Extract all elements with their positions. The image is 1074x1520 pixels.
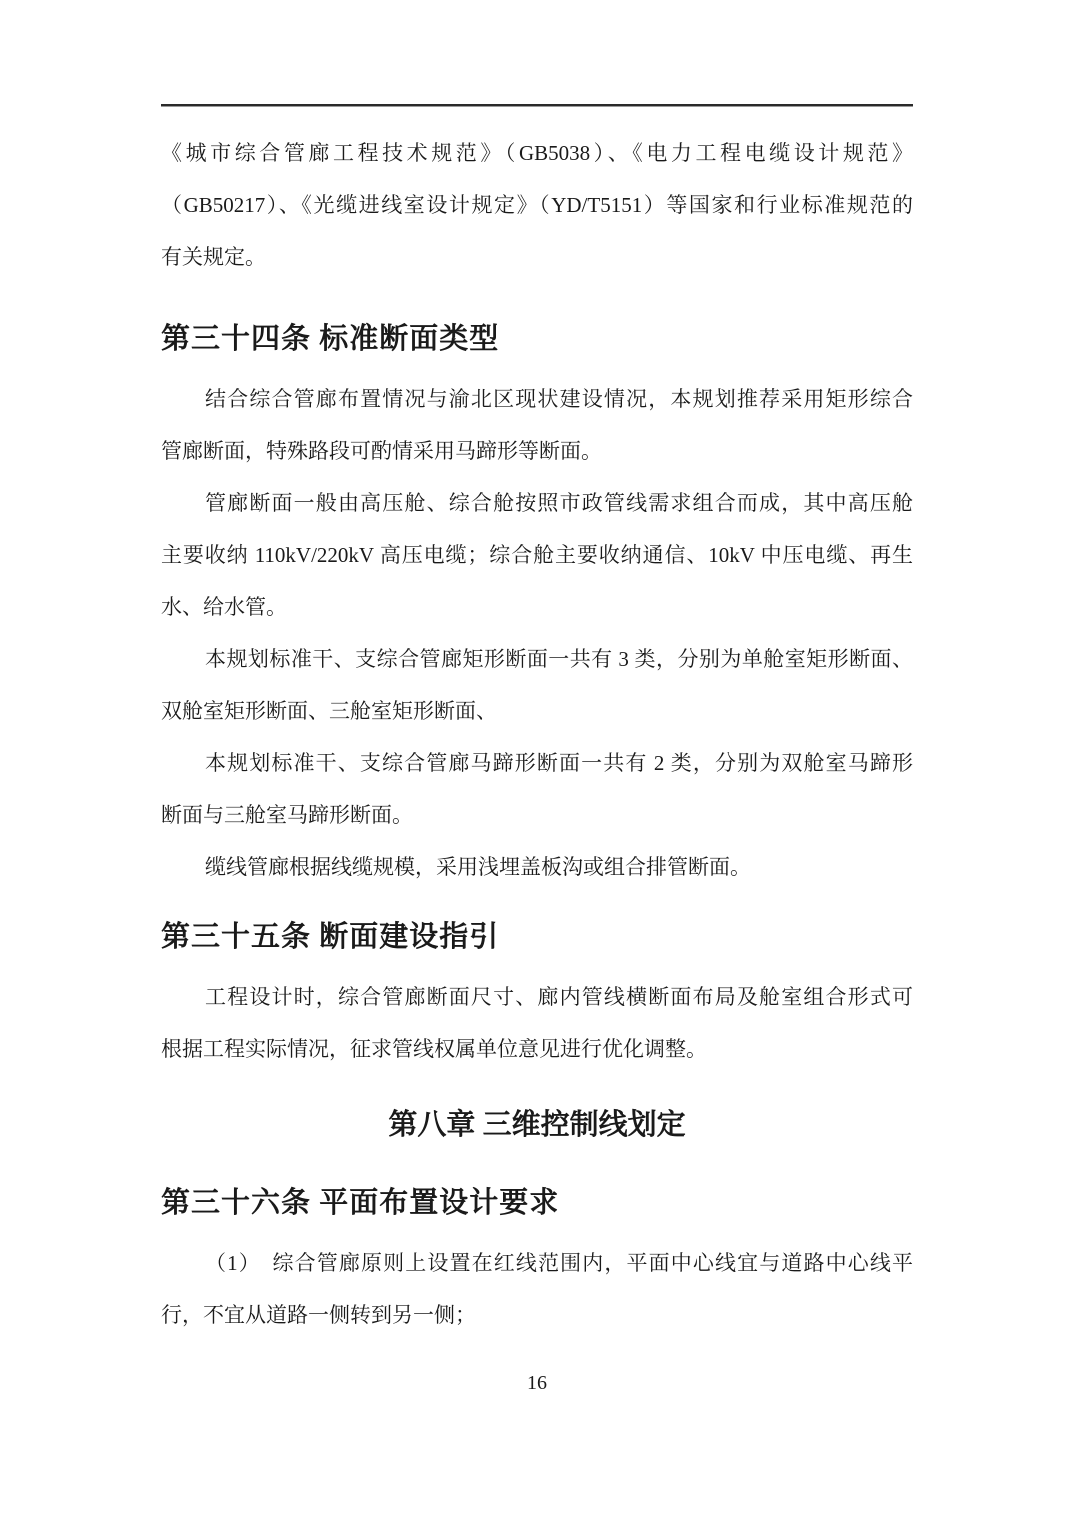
heading-article-35: 第三十五条 断面建设指引 bbox=[161, 917, 913, 957]
text-line: 管廊断面，特殊路段可酌情采用马蹄形等断面。 bbox=[161, 425, 913, 477]
text-line: 管廊断面一般由高压舱、综合舱按照市政管线需求组合而成，其中高压舱 bbox=[161, 477, 913, 529]
heading-article-34: 第三十四条 标准断面类型 bbox=[161, 319, 913, 359]
document-page: 《城市综合管廊工程技术规范》（GB5038）、《电力工程电缆设计规范》 （GB5… bbox=[0, 0, 1074, 1520]
text-line: 结合综合管廊布置情况与渝北区现状建设情况，本规划推荐采用矩形综合 bbox=[161, 373, 913, 425]
paragraph-design-guide: 工程设计时，综合管廊断面尺寸、廊内管线横断面布局及舱室组合形式可 根据工程实际情… bbox=[161, 971, 913, 1075]
text-line: 断面与三舱室马蹄形断面。 bbox=[161, 789, 913, 841]
paragraph-cabin-composition: 管廊断面一般由高压舱、综合舱按照市政管线需求组合而成，其中高压舱 主要收纳 11… bbox=[161, 477, 913, 633]
text-line: 工程设计时，综合管廊断面尺寸、廊内管线横断面布局及舱室组合形式可 bbox=[161, 971, 913, 1023]
paragraph-horseshoe-sections: 本规划标准干、支综合管廊马蹄形断面一共有 2 类，分别为双舱室马蹄形 断面与三舱… bbox=[161, 737, 913, 841]
text-line: 本规划标准干、支综合管廊马蹄形断面一共有 2 类，分别为双舱室马蹄形 bbox=[161, 737, 913, 789]
text-line: 根据工程实际情况，征求管线权属单位意见进行优化调整。 bbox=[161, 1023, 913, 1075]
text-line: 主要收纳 110kV/220kV 高压电缆；综合舱主要收纳通信、10kV 中压电… bbox=[161, 529, 913, 581]
text-line: 《城市综合管廊工程技术规范》（GB5038）、《电力工程电缆设计规范》 bbox=[161, 127, 913, 179]
text-line: （GB50217）、《光缆进线室设计规定》（YD/T5151）等国家和行业标准规… bbox=[161, 179, 913, 231]
paragraph-section-types: 结合综合管廊布置情况与渝北区现状建设情况，本规划推荐采用矩形综合 管廊断面，特殊… bbox=[161, 373, 913, 477]
text-line: 缆线管廊根据线缆规模，采用浅埋盖板沟或组合排管断面。 bbox=[161, 841, 913, 893]
paragraph-standards-intro: 《城市综合管廊工程技术规范》（GB5038）、《电力工程电缆设计规范》 （GB5… bbox=[161, 127, 913, 283]
paragraph-cable-trench: 缆线管廊根据线缆规模，采用浅埋盖板沟或组合排管断面。 bbox=[161, 841, 913, 893]
paragraph-plane-layout: （1） 综合管廊原则上设置在红线范围内，平面中心线宜与道路中心线平 行，不宜从道… bbox=[161, 1237, 913, 1341]
heading-chapter-8: 第八章 三维控制线划定 bbox=[161, 1103, 913, 1147]
text-line: 有关规定。 bbox=[161, 231, 913, 283]
header-rule bbox=[161, 104, 913, 107]
paragraph-rect-sections: 本规划标准干、支综合管廊矩形断面一共有 3 类，分别为单舱室矩形断面、 双舱室矩… bbox=[161, 633, 913, 737]
text-line: 双舱室矩形断面、三舱室矩形断面、 bbox=[161, 685, 913, 737]
heading-article-36: 第三十六条 平面布置设计要求 bbox=[161, 1183, 913, 1223]
text-line: 本规划标准干、支综合管廊矩形断面一共有 3 类，分别为单舱室矩形断面、 bbox=[161, 633, 913, 685]
text-line: （1） 综合管廊原则上设置在红线范围内，平面中心线宜与道路中心线平 bbox=[161, 1237, 913, 1289]
text-line: 水、给水管。 bbox=[161, 581, 913, 633]
page-number: 16 bbox=[0, 1368, 1074, 1398]
text-line: 行，不宜从道路一侧转到另一侧； bbox=[161, 1289, 913, 1341]
